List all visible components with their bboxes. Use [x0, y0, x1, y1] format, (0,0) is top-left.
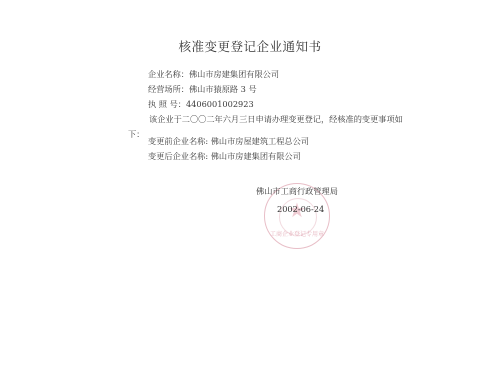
field-value: 佛山市猿原路 3 号 [189, 84, 257, 94]
change-value: 佛山市房屋建筑工程总公司 [211, 136, 309, 146]
field-business-address: 经营场所：佛山市猿原路 3 号 [148, 84, 257, 95]
change-label: 变更后企业名称: [148, 151, 208, 161]
field-label: 企业名称： [148, 69, 189, 79]
field-label: 经营场所： [148, 84, 189, 94]
change-before-name: 变更前企业名称: 佛山市房屋建筑工程总公司 [148, 136, 309, 147]
body-text-line2: 下： [128, 129, 144, 140]
field-license-number: 执 照 号：4406001002923 [148, 99, 254, 110]
document-title: 核准变更登记企业通知书 [0, 37, 500, 55]
issuing-authority: 佛山市工商行政管理局 [256, 186, 338, 197]
change-after-name: 变更后企业名称: 佛山市房建集团有限公司 [148, 151, 301, 162]
seal-text: 工商企业登记专用章 [265, 229, 329, 238]
field-value: 佛山市房建集团有限公司 [189, 69, 279, 79]
issue-date: 2002-06-24 [277, 204, 324, 214]
field-company-name: 企业名称：佛山市房建集团有限公司 [148, 69, 279, 80]
change-label: 变更前企业名称: [148, 136, 208, 146]
body-text-line1: 该企业于二〇〇二年六月三日申请办理变更登记，经核准的变更事项如 [149, 114, 403, 125]
field-value: 4406001002923 [186, 99, 254, 109]
field-label: 执 照 号： [148, 99, 186, 109]
change-value: 佛山市房建集团有限公司 [211, 151, 301, 161]
